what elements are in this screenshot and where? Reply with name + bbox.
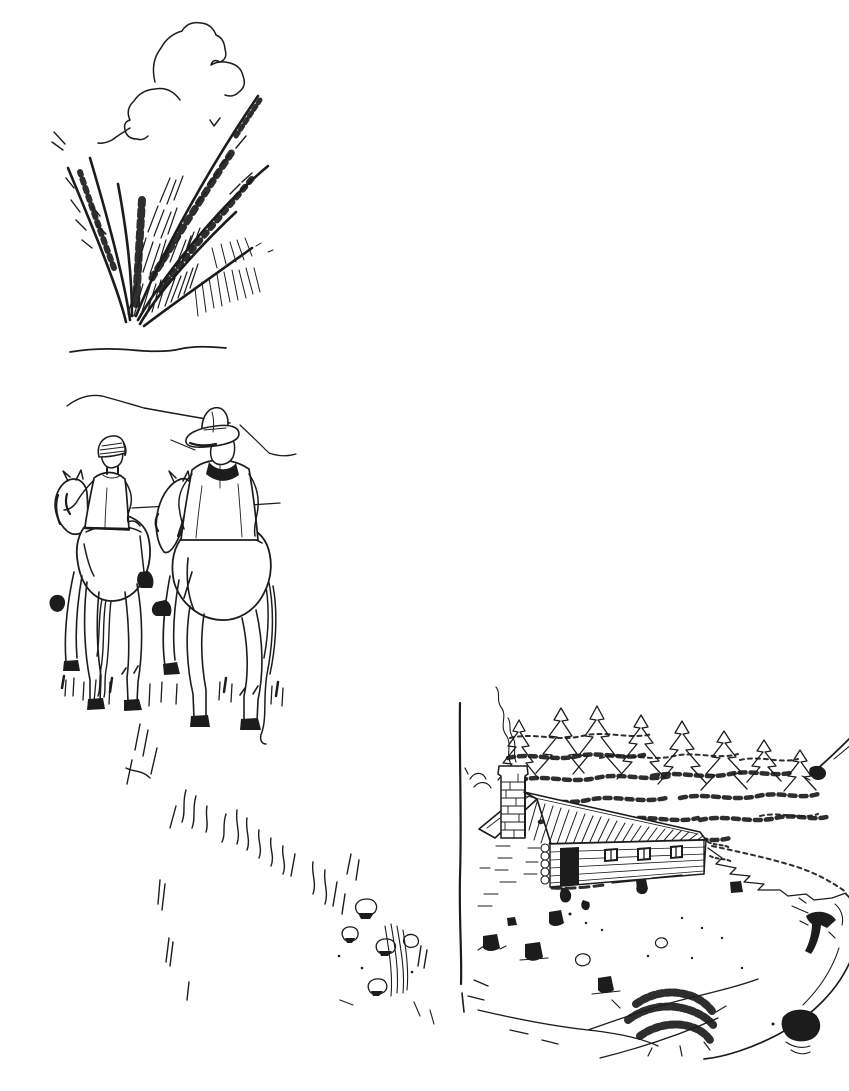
bush-left-of-chimney [465, 768, 491, 788]
hillside-ridge-parallel [834, 718, 849, 830]
scene-divider-rule [460, 703, 464, 1012]
vignette-brush-and-clouds [52, 23, 273, 352]
corner-log-end [541, 876, 549, 884]
illustration-canvas [40, 16, 849, 1075]
corner-log-end [541, 852, 549, 860]
hillside-ridge-line [816, 708, 849, 770]
brush-foliage-scribble-e [236, 100, 260, 136]
clearing-path-lines [468, 979, 758, 1058]
slope-snag-stump [805, 912, 836, 954]
clearing-pebble [691, 957, 693, 959]
chimney-smoke [496, 687, 516, 764]
trail-sketch-strokes [126, 724, 427, 1000]
clearing-pebble [647, 955, 649, 957]
clearing-small-rocks [576, 938, 668, 966]
clearing-pebble [585, 922, 587, 924]
boy-boot-stirrup [137, 571, 153, 588]
cabin-chimney [498, 766, 528, 838]
clearing-pebble [701, 927, 703, 929]
trail-rocks [342, 899, 418, 994]
clearing-pebble [601, 929, 603, 931]
corner-log-end [541, 844, 549, 852]
trail-pebble [411, 971, 414, 974]
man-horse-tail [261, 576, 276, 744]
doorstep-figures [560, 888, 590, 910]
hillside-tuft [809, 766, 826, 780]
clearing-pebble [721, 937, 723, 939]
corner-log-end [541, 860, 549, 868]
clearing-stumps [483, 879, 743, 993]
brush-foliage-scribble-d [136, 200, 142, 304]
yard-pebble [569, 913, 572, 916]
grass-tuft-hatching [195, 238, 273, 316]
forest-lower-fringe [708, 848, 846, 900]
clearing-pebble [741, 967, 743, 969]
trail-pebble [338, 955, 341, 958]
clearing-pebble [681, 917, 683, 919]
trail-pebble [361, 967, 364, 970]
boulder-pebble [772, 1023, 775, 1026]
boy-horse-tail [97, 599, 111, 697]
dark-bush-scribble [628, 992, 714, 1040]
bottom-dark-boulder [782, 1010, 821, 1042]
boulder-hatch [786, 1042, 810, 1054]
boy-torso [85, 473, 129, 531]
cloud-outline-small [98, 88, 220, 143]
boy-belt [85, 528, 129, 529]
divider-line-tail [462, 993, 464, 1012]
hill-slope-accents [792, 776, 843, 1005]
vignette-two-riders [49, 395, 296, 744]
cloud-outline-large [153, 23, 244, 96]
illustration-page [40, 16, 849, 1075]
forest-overlap-right-wall [708, 842, 732, 862]
divider-vertical-line [460, 703, 461, 984]
cabin-end-wall-shading [478, 846, 540, 906]
vignette-log-cabin [465, 687, 849, 1059]
man-boot-stirrup [152, 600, 172, 616]
ground-line [70, 347, 226, 352]
corner-log-end [541, 868, 549, 876]
